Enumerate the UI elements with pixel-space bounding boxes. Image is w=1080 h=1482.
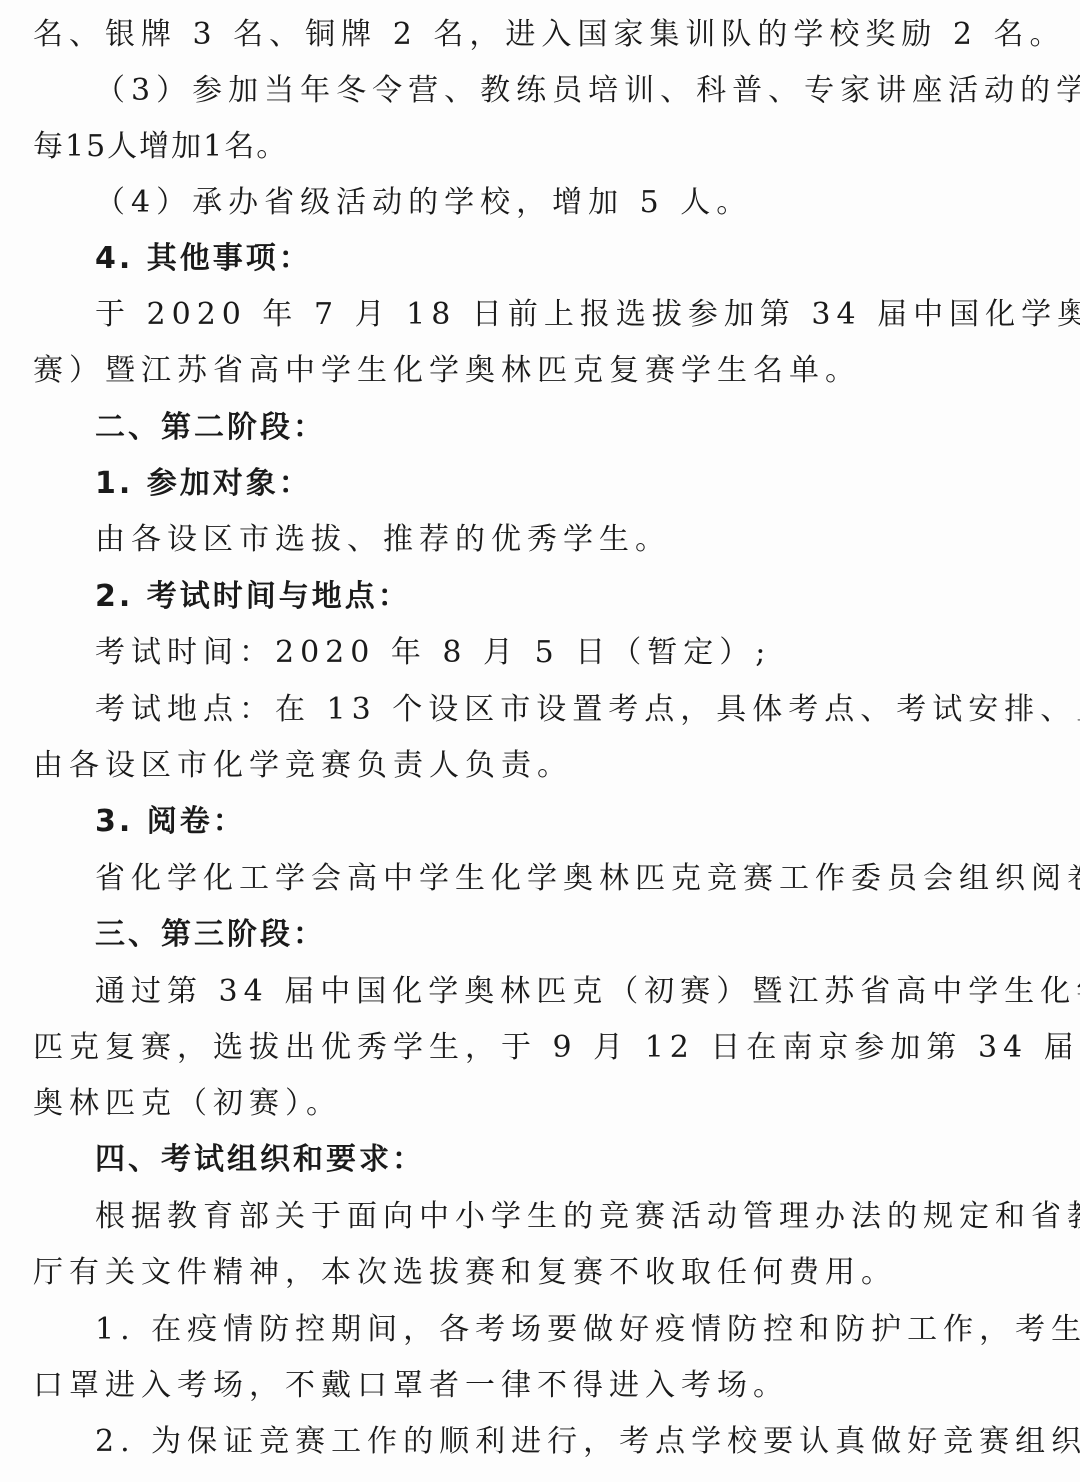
paragraph-line: 由各设区市选拔、推荐的优秀学生。 <box>95 512 671 568</box>
paragraph-line: 考试地点：在 13 个设区市设置考点，具体考点、考试安排、监考等 <box>95 682 1080 738</box>
section-heading-stage-three: 三、第三阶段： <box>95 907 326 963</box>
paragraph-line: 2. 为保证竞赛工作的顺利进行，考点学校要认真做好竞赛组织工作， <box>95 1414 1080 1470</box>
section-heading-other-matters: 4. 其他事项： <box>95 231 312 287</box>
paragraph-line: 省化学化工学会高中学生化学奥林匹克竞赛工作委员会组织阅卷。 <box>95 851 1080 907</box>
paragraph-line: 每15人增加1名。 <box>33 119 288 175</box>
section-heading-exam-time-place: 2. 考试时间与地点： <box>95 569 411 625</box>
paragraph-line: 根据教育部关于面向中小学生的竞赛活动管理办法的规定和省教育 <box>95 1189 1080 1245</box>
paragraph-line: 通过第 34 届中国化学奥林匹克（初赛）暨江苏省高中学生化学奥林 <box>95 964 1080 1020</box>
paragraph-line: 赛）暨江苏省高中学生化学奥林匹克复赛学生名单。 <box>33 343 861 399</box>
section-heading-participants: 1. 参加对象： <box>95 456 312 512</box>
paragraph-line: 1. 在疫情防控期间，各考场要做好疫情防控和防护工作，考生要带 <box>95 1302 1080 1358</box>
paragraph-line: 口罩进入考场，不戴口罩者一律不得进入考场。 <box>33 1358 789 1414</box>
paragraph-line: 考试时间：2020 年 8 月 5 日（暂定）; <box>95 625 771 681</box>
paragraph-line: 于 2020 年 7 月 18 日前上报选拔参加第 34 届中国化学奥林匹克（初 <box>95 287 1080 343</box>
paragraph-line: （4）承办省级活动的学校，增加 5 人。 <box>95 175 752 231</box>
paragraph-line: （3）参加当年冬令营、教练员培训、科普、专家讲座活动的学校， <box>95 63 1080 119</box>
document-page: 名、银牌 3 名、铜牌 2 名，进入国家集训队的学校奖励 2 名。 （3）参加当… <box>0 0 1080 1482</box>
paragraph-line: 由各设区市化学竞赛负责人负责。 <box>33 738 573 794</box>
section-heading-marking: 3. 阅卷： <box>95 794 246 850</box>
paragraph-line: 奥林匹克（初赛）。 <box>33 1076 342 1132</box>
section-heading-exam-organization: 四、考试组织和要求： <box>95 1132 425 1188</box>
section-heading-stage-two: 二、第二阶段： <box>95 400 326 456</box>
paragraph-line: 厅有关文件精神，本次选拔赛和复赛不收取任何费用。 <box>33 1245 897 1301</box>
paragraph-line: 匹克复赛，选拔出优秀学生，于 9 月 12 日在南京参加第 34 届中国化学 <box>33 1020 1080 1076</box>
paragraph-line: 名、银牌 3 名、铜牌 2 名，进入国家集训队的学校奖励 2 名。 <box>33 7 1065 63</box>
